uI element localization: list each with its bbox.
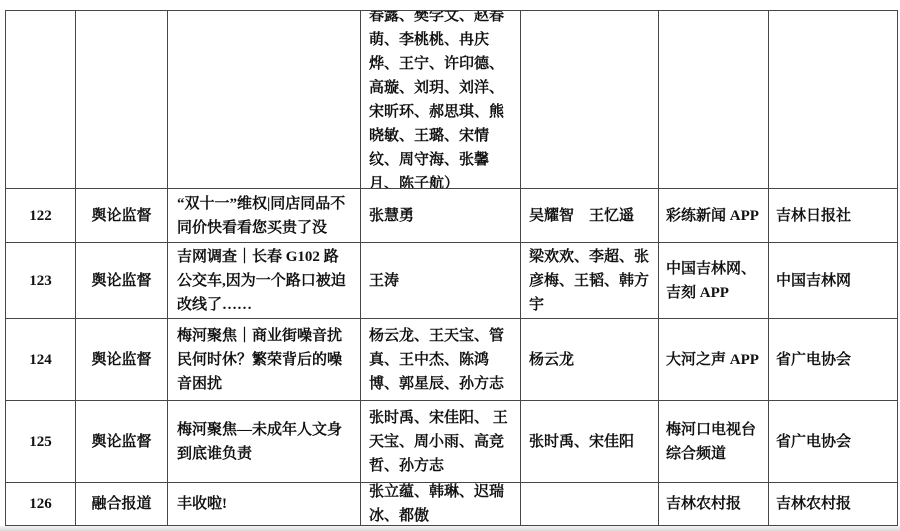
document-page: 春露、樊学文、赵春萌、李桃桃、冉庆烨、王宁、许印德、高璇、刘玥、刘洋、宋昕环、郝…: [0, 0, 900, 531]
table-cell: 吉林日报社: [769, 189, 898, 243]
table-cell: 杨云龙、王天宝、管真、王中杰、陈鸿博、郭星辰、孙方志: [361, 319, 521, 401]
table-cell: 梅河聚焦—未成年人文身到底谁负责: [168, 401, 361, 483]
table-row: 春露、樊学文、赵春萌、李桃桃、冉庆烨、王宁、许印德、高璇、刘玥、刘洋、宋昕环、郝…: [6, 11, 898, 189]
table-cell: 杨云龙: [521, 319, 659, 401]
table-row: 122 舆论监督 “双十一”维权|同店同品不同价快看看您买贵了没 张慧勇 吴耀智…: [6, 189, 898, 243]
table-cell: 张时禹、宋佳阳: [521, 401, 659, 483]
table-cell: 张时禹、宋佳阳、 王天宝、周小雨、高竞哲、孙方志: [361, 401, 521, 483]
table-cell: 梅河聚焦｜商业街噪音扰民何时休？繁荣背后的噪音困扰: [168, 319, 361, 401]
table-cell: 舆论监督: [76, 243, 168, 319]
table-cell: [521, 11, 659, 189]
page-bottom-edge: [0, 526, 900, 531]
table-cell: 舆论监督: [76, 401, 168, 483]
table-cell: 舆论监督: [76, 319, 168, 401]
table-cell: 舆论监督: [76, 189, 168, 243]
table-cell: 春露、樊学文、赵春萌、李桃桃、冉庆烨、王宁、许印德、高璇、刘玥、刘洋、宋昕环、郝…: [361, 11, 521, 189]
table-row: 126 融合报道 丰收啦! 张立蕴、韩琳、迟瑞冰、都傲 吉林农村报 吉林农村报: [6, 483, 898, 526]
table-cell: 省广电协会: [769, 319, 898, 401]
table-cell: 大河之声 APP: [659, 319, 769, 401]
table-cell: 省广电协会: [769, 401, 898, 483]
table-cell: 中国吉林网: [769, 243, 898, 319]
table-cell: 王涛: [361, 243, 521, 319]
table-cell: 123: [6, 243, 76, 319]
table-cell: 梁欢欢、李超、张彦梅、王韬、韩方宇: [521, 243, 659, 319]
table-cell: 吉林农村报: [659, 483, 769, 526]
table-cell: 126: [6, 483, 76, 526]
table-cell: 吉林农村报: [769, 483, 898, 526]
table-cell: 吴耀智 王忆遥: [521, 189, 659, 243]
awards-table: 春露、樊学文、赵春萌、李桃桃、冉庆烨、王宁、许印德、高璇、刘玥、刘洋、宋昕环、郝…: [5, 10, 898, 526]
table-cell: [76, 11, 168, 189]
table-cell: “双十一”维权|同店同品不同价快看看您买贵了没: [168, 189, 361, 243]
table-cell: [6, 11, 76, 189]
table-cell: 吉网调查｜长春 G102 路公交车,因为一个路口被迫改线了……: [168, 243, 361, 319]
table-cell: 融合报道: [76, 483, 168, 526]
table-row: 124 舆论监督 梅河聚焦｜商业街噪音扰民何时休？繁荣背后的噪音困扰 杨云龙、王…: [6, 319, 898, 401]
table-cell: [659, 11, 769, 189]
table-cell: 124: [6, 319, 76, 401]
table-cell: [168, 11, 361, 189]
table-row: 123 舆论监督 吉网调查｜长春 G102 路公交车,因为一个路口被迫改线了………: [6, 243, 898, 319]
table-cell: 中国吉林网、吉刻 APP: [659, 243, 769, 319]
table-cell: 张慧勇: [361, 189, 521, 243]
table-cell: 梅河口电视台综合频道: [659, 401, 769, 483]
table-cell: [521, 483, 659, 526]
table-cell: 125: [6, 401, 76, 483]
table-cell: [769, 11, 898, 189]
table-cell: 彩练新闻 APP: [659, 189, 769, 243]
table-cell: 122: [6, 189, 76, 243]
table-row: 125 舆论监督 梅河聚焦—未成年人文身到底谁负责 张时禹、宋佳阳、 王天宝、周…: [6, 401, 898, 483]
table-cell: 丰收啦!: [168, 483, 361, 526]
table-cell: 张立蕴、韩琳、迟瑞冰、都傲: [361, 483, 521, 526]
